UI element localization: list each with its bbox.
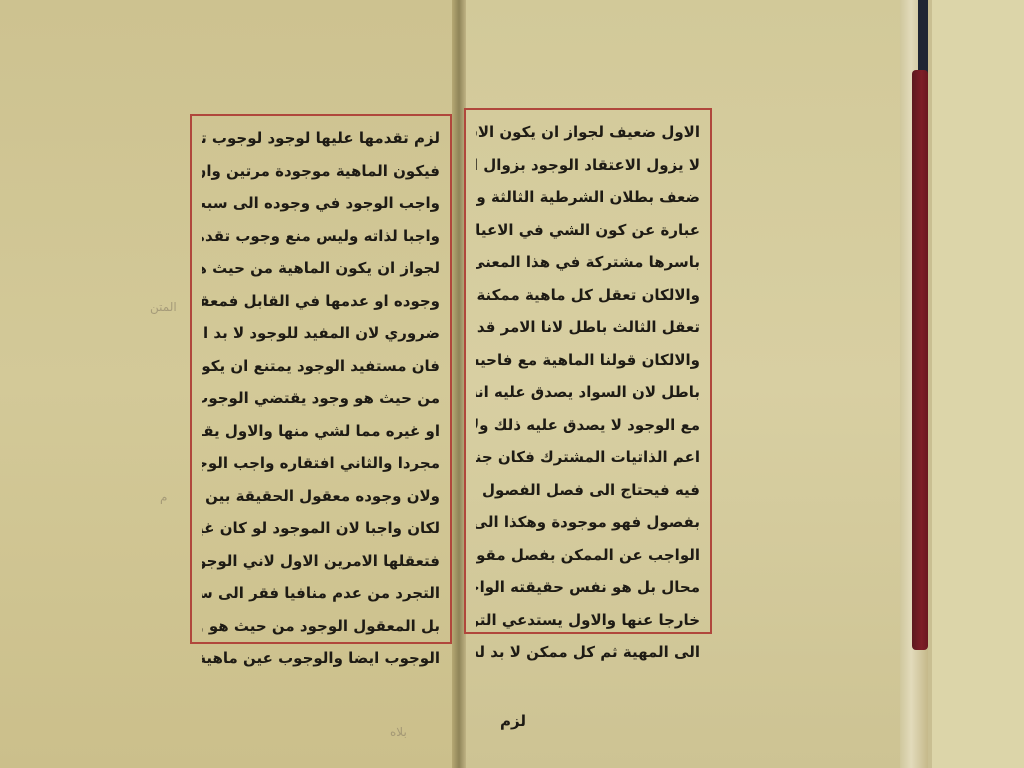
text-line: التجرد من عدم منافيا فقر الى سبب منفصل ث… bbox=[202, 577, 440, 610]
left-text-block: لزم تقدمها عليها لوجود لوجوب تقدم العلة … bbox=[190, 114, 452, 644]
text-line: واجب الوجود في وجوده الى سبب منفصل ما كا… bbox=[202, 187, 440, 220]
spine-red-leather bbox=[912, 70, 928, 650]
text-line: لزم تقدمها عليها لوجود لوجوب تقدم العلة … bbox=[202, 122, 440, 155]
text-line: باطل لان السواد يصدق عليه انه قابل للوجو… bbox=[476, 376, 700, 409]
text-line: الوجوب ايضا والوجوب عين ماهية وكذلك لزم … bbox=[202, 642, 440, 675]
text-line: مجردا والثاني افتقاره واجب الوجود في تجر… bbox=[202, 447, 440, 480]
text-line: الى المهية ثم كل ممكن لا بد له من علة فع… bbox=[476, 636, 700, 669]
text-line: اعم الذاتيات المشترك فكان جنسا في متباين… bbox=[476, 441, 700, 474]
text-line: مع الوجود لا يصدق عليه ذلك ولانه لو كان … bbox=[476, 409, 700, 442]
text-line: لكان واجبا لان الموجود لو كان غير حقيقة bbox=[202, 512, 440, 545]
text-line: فتعقلها الامرين الاول لاني الوجوب عن كما… bbox=[202, 545, 440, 578]
text-line: او غيره مما لشي منها والاول يقتضي ان يكو… bbox=[202, 415, 440, 448]
text-line: وجوده او عدمها في القابل فمعقول العلم حا… bbox=[202, 285, 440, 318]
text-line: الاول ضعيف لجواز ان يكون الاشتراك لفظيا … bbox=[476, 116, 700, 149]
text-line: بل المعقول الوجود من حيث هو وجود ثابت بم… bbox=[202, 610, 440, 643]
text-line: تعقل الثالث باطل لانا الامر قد نتعقل الم… bbox=[476, 311, 700, 344]
margin-note: م bbox=[160, 490, 167, 504]
text-line: لا يزول الاعتقاد الوجود بزوال اعتقاد الخ… bbox=[476, 149, 700, 182]
text-line: خارجا عنها والاول يستدعي التركيب والثاني… bbox=[476, 604, 700, 637]
catchword: لزم bbox=[500, 712, 526, 730]
binding-spine bbox=[912, 0, 930, 660]
text-line: فيكون الماهية موجودة مرتين وان كانت غيره… bbox=[202, 155, 440, 188]
right-text-block: الاول ضعيف لجواز ان يكون الاشتراك لفظيا … bbox=[464, 108, 712, 634]
text-line: عبارة عن كون الشي في الاعيان ولا يخفى ان… bbox=[476, 214, 700, 247]
text-line: ضروري لان المفيد للوجود لا بد ان يكون له… bbox=[202, 317, 440, 350]
text-line: محال بل هو نفس حقيقته الواجب لوجوده والا… bbox=[476, 571, 700, 604]
text-line: باسرها مشتركة في هذا المعنى وهو ليس نفس … bbox=[476, 246, 700, 279]
text-line: لجواز ان يكون الماهية من حيث هي هي علة ل… bbox=[202, 252, 440, 285]
backdrop bbox=[932, 0, 1024, 768]
text-line: ضعف بطلان الشرطية الثالثة والاولى ان يقا… bbox=[476, 181, 700, 214]
spine-navy-band bbox=[918, 0, 928, 80]
text-line: بفصول فهو موجودة وهكذا الى غير النهاية و… bbox=[476, 506, 700, 539]
margin-note: بلاه bbox=[390, 725, 407, 739]
text-line: فيه فيحتاج الى فصل الفصول موجودة متميزة … bbox=[476, 474, 700, 507]
text-line: والالكان قولنا الماهية مع فاحيسه صدق ماه… bbox=[476, 344, 700, 377]
text-line: واجبا لذاته وليس منع وجوب تقدمها عليها ب… bbox=[202, 220, 440, 253]
margin-note: المتن bbox=[150, 300, 177, 314]
text-line: فان مستفيد الوجود يمتنع ان يكون موجودا ل… bbox=[202, 350, 440, 383]
text-line: ولان وجوده معقول الحقيقة بين معقول موجود… bbox=[202, 480, 440, 513]
text-line: من حيث هو وجود يقتضي الوجوب والامكان مقت… bbox=[202, 382, 440, 415]
text-line: والالكان تعقل كل ماهية ممكنة هو عين تعقل… bbox=[476, 279, 700, 312]
text-line: الواجب عن الممكن بفصل مقوم فيكون الواجب … bbox=[476, 539, 700, 572]
